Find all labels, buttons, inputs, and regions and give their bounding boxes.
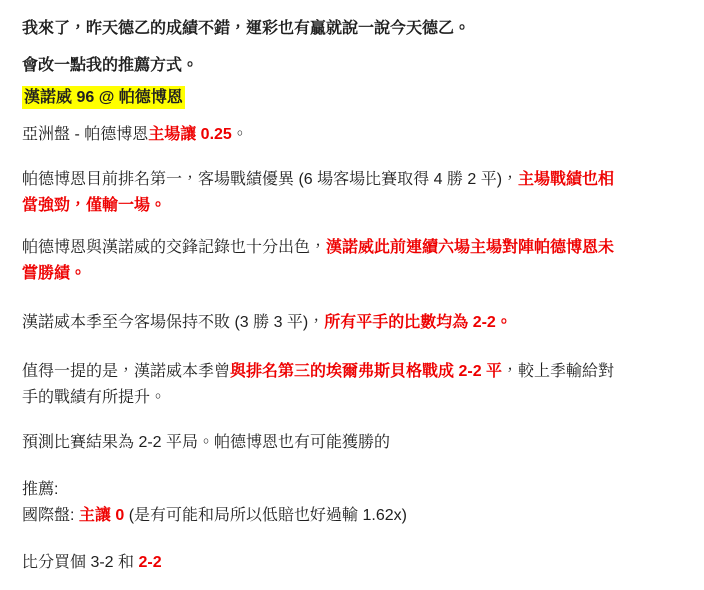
paragraph-asian-handicap: 亞洲盤 - 帕德博恩主場讓 0.25。: [22, 122, 676, 148]
text-segment: 預測比賽結果為 2-2 平局。帕德博恩也有可能獲勝的: [22, 434, 390, 451]
text-segment: 會改一點我的推薦方式。: [22, 57, 198, 74]
text-segment: 帕德博恩目前排名第一，客場戰績優異 (6 場客場比賽取得 4 勝 2 平)，: [22, 171, 518, 188]
match-title-highlight: 漢諾威 96 @ 帕德博恩: [22, 85, 676, 111]
emphasis-red-text: 主場戰績也相: [518, 171, 614, 188]
text-segment: 值得一提的是，漢諾威本季曾: [22, 363, 230, 380]
paragraph-prediction: 預測比賽結果為 2-2 平局。帕德博恩也有可能獲勝的: [22, 430, 676, 456]
text-segment: 比分買個 3-2 和: [22, 554, 138, 571]
emphasis-red-text: 主場讓 0.25: [148, 126, 232, 143]
emphasis-red-text: 漢諾威此前連續六場主場對陣帕德博恩未: [326, 239, 614, 256]
emphasis-red-text: 嘗勝績。: [22, 265, 86, 282]
text-segment: (是有可能和局所以低賠也好過輸 1.62x): [124, 507, 407, 524]
paragraph-hannover-away-form: 漢諾威本季至今客場保持不敗 (3 勝 3 平)，所有平手的比數均為 2-2。: [22, 310, 676, 336]
text-segment: ，較上季輸給對: [502, 363, 614, 380]
emphasis-red-text: 主讓 0: [79, 507, 124, 524]
paragraph-score-bets: 比分買個 3-2 和 2-2: [22, 550, 676, 576]
paragraph-recommendation: 推薦:國際盤: 主讓 0 (是有可能和局所以低賠也好過輸 1.62x): [22, 477, 676, 529]
document-page: { "theme": { "paper_background": "#fffff…: [0, 0, 704, 590]
paragraph-intro: 我來了，昨天德乙的成績不錯，運彩也有贏就說一說今天德乙。: [22, 16, 676, 42]
text-segment: 。: [232, 126, 248, 143]
emphasis-red-text: 當強勁，僅輸一場。: [22, 197, 166, 214]
text-segment: 推薦:: [22, 481, 58, 498]
emphasis-red-text: 與排名第三的埃爾弗斯貝格戰成 2-2 平: [230, 363, 502, 380]
document-body: 我來了，昨天德乙的成績不錯，運彩也有贏就說一說今天德乙。會改一點我的推薦方式。漢…: [0, 0, 704, 576]
emphasis-red-text: 2-2: [138, 554, 161, 571]
emphasis-red-text: 所有平手的比數均為 2-2。: [324, 314, 512, 331]
paragraph-method-note: 會改一點我的推薦方式。: [22, 53, 676, 79]
paragraph-paderborn-form: 帕德博恩目前排名第一，客場戰績優異 (6 場客場比賽取得 4 勝 2 平)，主場…: [22, 167, 676, 219]
text-segment: 亞洲盤 - 帕德博恩: [22, 126, 148, 143]
match-title-text: 漢諾威 96 @ 帕德博恩: [22, 86, 185, 109]
text-segment: 手的戰績有所提升。: [22, 389, 166, 406]
paragraph-elversberg-note: 值得一提的是，漢諾威本季曾與排名第三的埃爾弗斯貝格戰成 2-2 平，較上季輸給對…: [22, 359, 676, 411]
text-segment: 我來了，昨天德乙的成績不錯，運彩也有贏就說一說今天德乙。: [22, 20, 470, 37]
text-segment: 漢諾威本季至今客場保持不敗 (3 勝 3 平)，: [22, 314, 324, 331]
paragraph-head-to-head: 帕德博恩與漢諾威的交鋒記錄也十分出色，漢諾威此前連續六場主場對陣帕德博恩未嘗勝績…: [22, 235, 676, 287]
text-segment: 國際盤:: [22, 507, 79, 524]
text-segment: 帕德博恩與漢諾威的交鋒記錄也十分出色，: [22, 239, 326, 256]
